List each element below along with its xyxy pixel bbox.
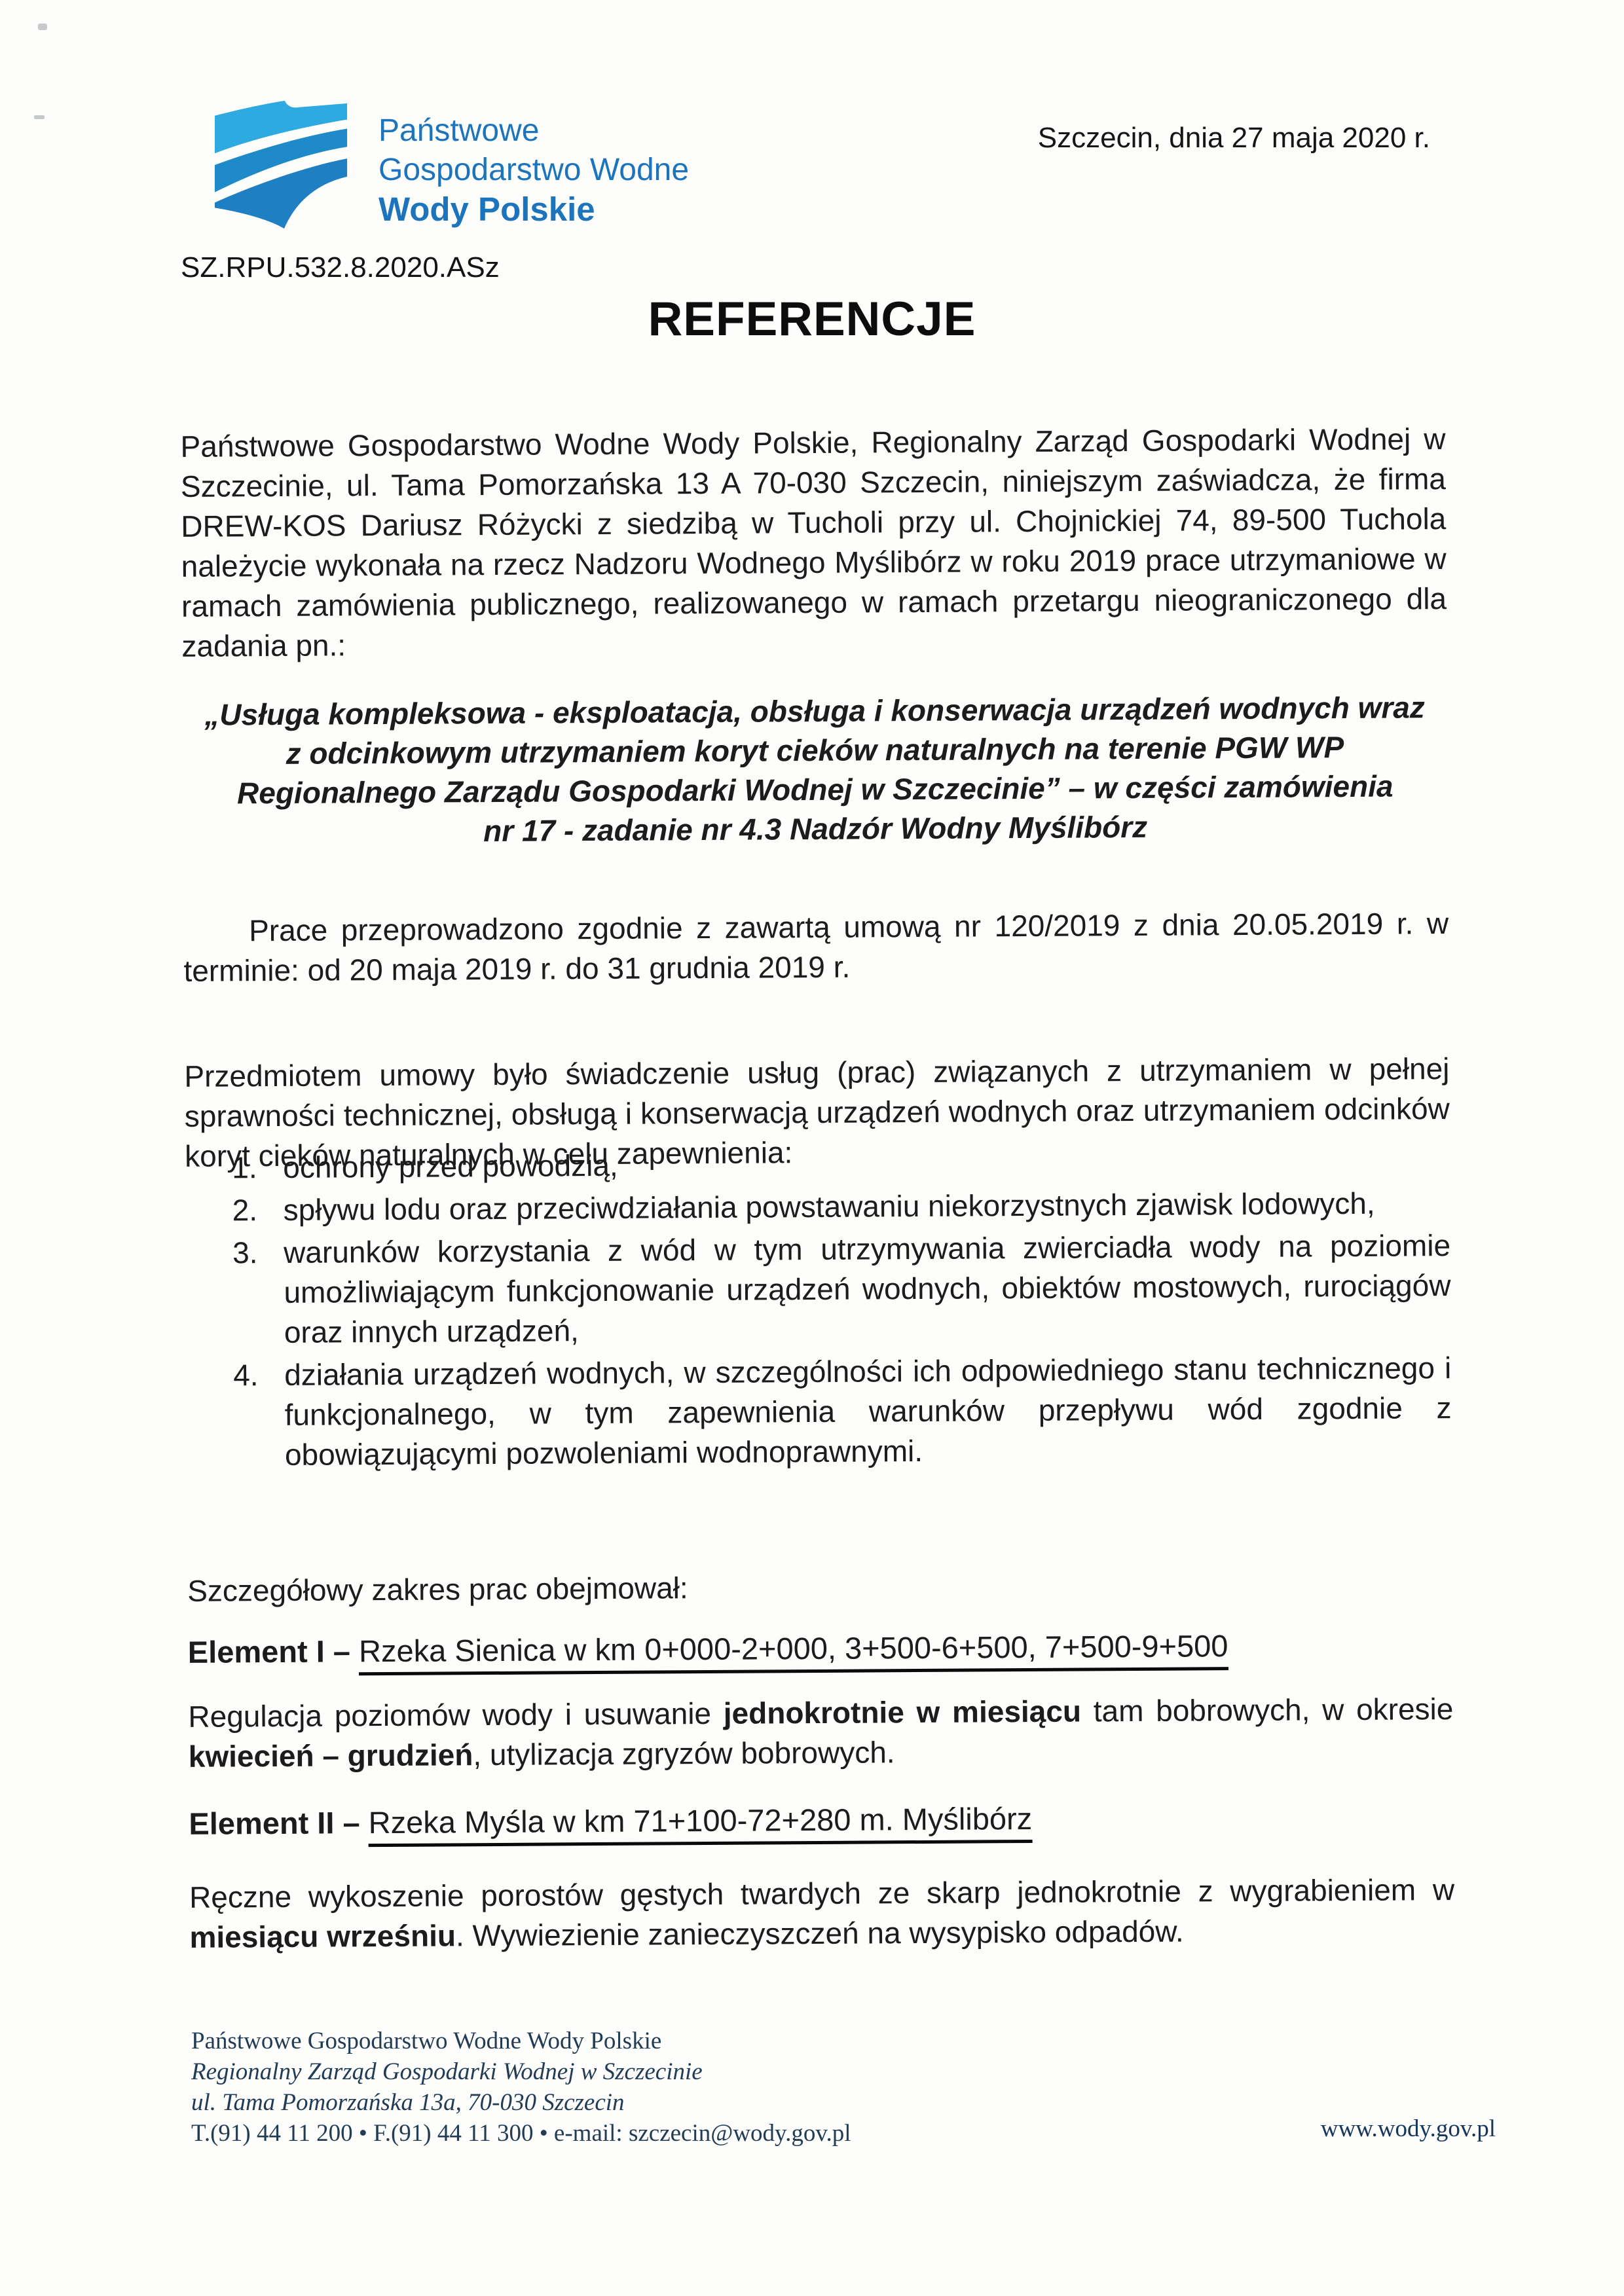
document-body: Państwowe Gospodarstwo Wodne Wody Polski… bbox=[0, 0, 1624, 2296]
text-segment: , utylizacja zgryzów bobrowych. bbox=[473, 1735, 895, 1772]
footer-contact-line: T.(91) 44 11 200 • F.(91) 44 11 300 • e-… bbox=[191, 2118, 851, 2149]
document-page: Państwowe Gospodarstwo Wodne Wody Polski… bbox=[0, 0, 1624, 2296]
element-2-river: Rzeka Myśla w km 71+100-72+280 m. Myślib… bbox=[369, 1801, 1033, 1847]
element-2-description: Ręczne wykoszenie porostów gęstych tward… bbox=[189, 1870, 1455, 1958]
list-item: 2. spływu lodu oraz przeciwdziałania pow… bbox=[232, 1183, 1450, 1230]
footer-division: Regionalny Zarząd Gospodarki Wodnej w Sz… bbox=[191, 2056, 851, 2087]
element-2-label: Element II – bbox=[189, 1805, 369, 1841]
element-1-heading: Element I – Rzeka Sienica w km 0+000-2+0… bbox=[188, 1624, 1453, 1672]
text-segment: tam bobrowych, w okresie bbox=[1081, 1692, 1454, 1728]
bold-segment: kwiecień – grudzień bbox=[189, 1738, 473, 1774]
element-1-description: Regulacja poziomów wody i usuwanie jedno… bbox=[188, 1689, 1454, 1777]
footer-website: www.wody.gov.pl bbox=[1321, 2115, 1496, 2143]
list-item-number: 1. bbox=[232, 1148, 283, 1188]
list-item-text: spływu lodu oraz przeciwdziałania powsta… bbox=[284, 1183, 1450, 1230]
list-item: 4. działania urządzeń wodnych, w szczegó… bbox=[233, 1348, 1452, 1475]
text-segment: . Wywiezienie zanieczyszczeń na wysypisk… bbox=[456, 1914, 1184, 1953]
list-item-text: ochrony przed powodzią, bbox=[283, 1140, 1450, 1188]
numbered-list: 1. ochrony przed powodzią, 2. spływu lod… bbox=[232, 1140, 1452, 1478]
element-1-river: Rzeka Sienica w km 0+000-2+000, 3+500-6+… bbox=[359, 1628, 1228, 1675]
intro-paragraph: Państwowe Gospodarstwo Wodne Wody Polski… bbox=[180, 419, 1447, 666]
list-item-number: 4. bbox=[233, 1355, 285, 1475]
list-item-number: 2. bbox=[232, 1190, 284, 1230]
contract-subject-quote: „Usługa kompleksowa - eksploatacja, obsł… bbox=[182, 687, 1448, 852]
footer-address-block: Państwowe Gospodarstwo Wodne Wody Polski… bbox=[191, 2026, 851, 2149]
list-item-text: warunków korzystania z wód w tym utrzymy… bbox=[284, 1226, 1451, 1353]
text-segment: Regulacja poziomów wody i usuwanie bbox=[188, 1696, 724, 1734]
element-2-heading: Element II – Rzeka Myśla w km 71+100-72+… bbox=[189, 1796, 1454, 1844]
list-item-text: działania urządzeń wodnych, w szczególno… bbox=[284, 1348, 1452, 1475]
element-1-label: Element I – bbox=[188, 1633, 360, 1669]
text-segment: Ręczne wykoszenie porostów gęstych tward… bbox=[189, 1872, 1454, 1914]
detailed-scope-heading: Szczegółowy zakres prac obejmował: bbox=[187, 1563, 1452, 1611]
bold-segment: miesiącu wrześniu bbox=[189, 1918, 456, 1954]
bold-segment: jednokrotnie w miesiącu bbox=[724, 1694, 1082, 1730]
footer-org-name: Państwowe Gospodarstwo Wodne Wody Polski… bbox=[191, 2026, 851, 2056]
footer-street-address: ul. Tama Pomorzańska 13a, 70-030 Szczeci… bbox=[191, 2087, 851, 2118]
contract-dates-paragraph: Prace przeprowadzono zgodnie z zawartą u… bbox=[183, 903, 1449, 991]
list-item: 3. warunków korzystania z wód w tym utrz… bbox=[232, 1226, 1451, 1353]
list-item-number: 3. bbox=[232, 1233, 284, 1353]
list-item: 1. ochrony przed powodzią, bbox=[232, 1140, 1450, 1188]
